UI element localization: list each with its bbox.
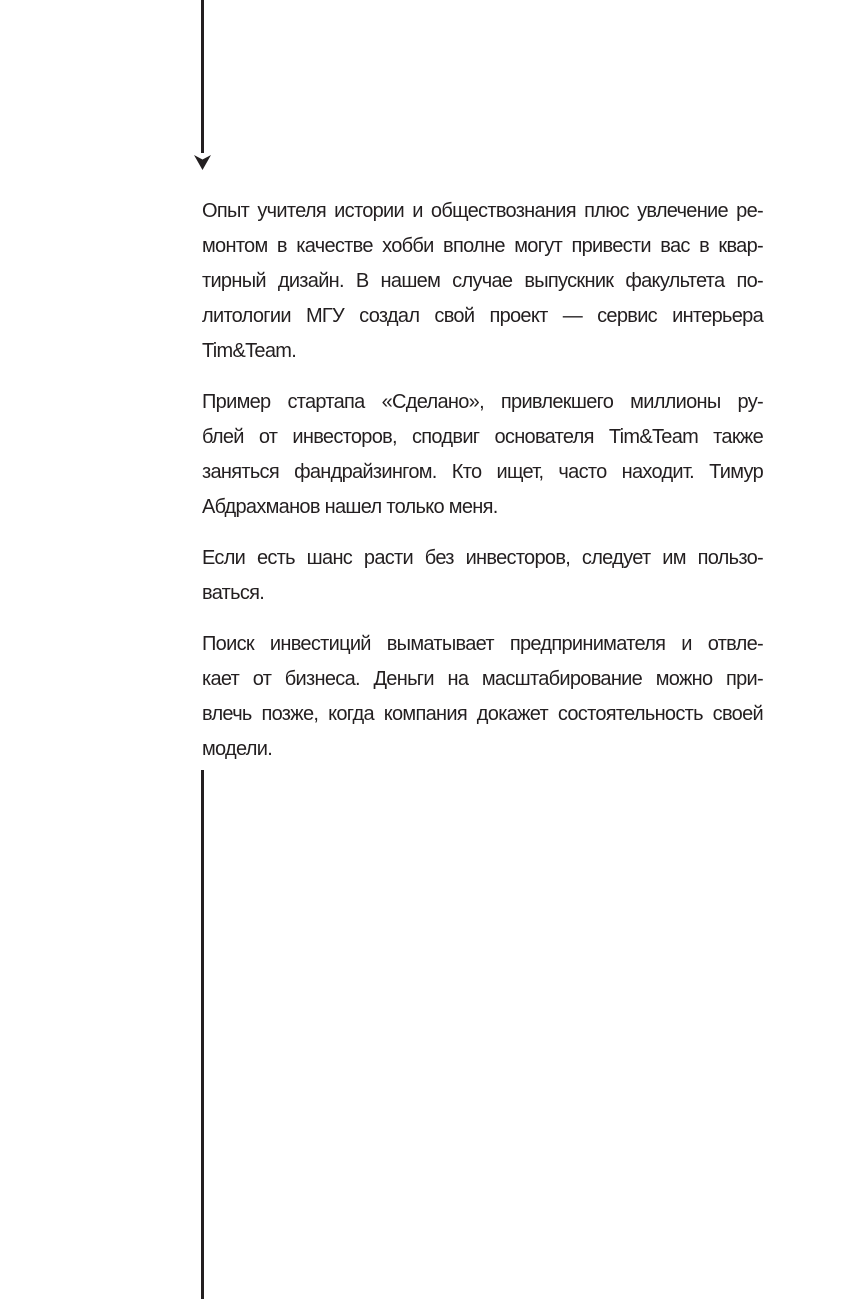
text-line: монтом в качестве хобби вполне могут при… xyxy=(202,229,763,264)
text-line: Tim&Team. xyxy=(202,334,763,369)
text-line: влечь позже, когда компания докажет сост… xyxy=(202,697,763,732)
paragraph-2: Пример стартапа «Сделано», привлекшего м… xyxy=(202,385,763,525)
book-page: Опыт учителя истории и обществознания пл… xyxy=(0,0,862,1299)
text-line: заняться фандрайзингом. Кто ищет, часто … xyxy=(202,455,763,490)
paragraph-4: Поиск инвестиций выматывает предпринимат… xyxy=(202,627,763,767)
text-line: литологии МГУ создал свой проект — серви… xyxy=(202,299,763,334)
body-text: Опыт учителя истории и обществознания пл… xyxy=(202,194,763,783)
text-line: кает от бизнеса. Деньги на масштабирован… xyxy=(202,662,763,697)
paragraph-3: Если есть шанс расти без инвесторов, сле… xyxy=(202,541,763,611)
text-line: Если есть шанс расти без инвесторов, сле… xyxy=(202,541,763,576)
text-line: Опыт учителя истории и обществознания пл… xyxy=(202,194,763,229)
vertical-rule-top xyxy=(201,0,204,153)
text-line: модели. xyxy=(202,732,763,767)
vertical-rule-bottom xyxy=(201,770,204,1299)
text-line: Пример стартапа «Сделано», привлекшего м… xyxy=(202,385,763,420)
text-line: тирный дизайн. В нашем случае выпускник … xyxy=(202,264,763,299)
paragraph-1: Опыт учителя истории и обществознания пл… xyxy=(202,194,763,369)
text-line: Абдрахманов нашел только меня. xyxy=(202,490,763,525)
text-line: ваться. xyxy=(202,576,763,611)
text-line: Поиск инвестиций выматывает предпринимат… xyxy=(202,627,763,662)
section-arrow-icon xyxy=(194,155,211,170)
text-line: блей от инвесторов, сподвиг основателя T… xyxy=(202,420,763,455)
